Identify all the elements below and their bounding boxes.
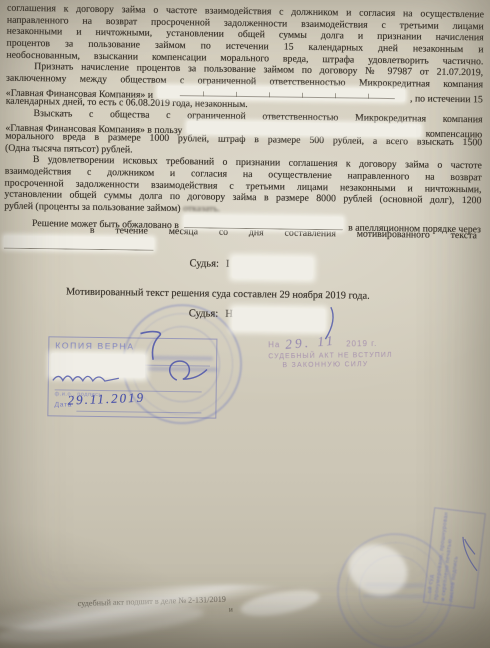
judge-label: Судья: bbox=[189, 308, 219, 319]
stamp-rule-line bbox=[76, 411, 201, 414]
judge-name-fragment: І bbox=[226, 259, 230, 270]
redaction-box bbox=[184, 215, 344, 230]
smudged-word: отказать. bbox=[183, 203, 220, 215]
document-sheet: соглашения к договору займа о частоте вз… bbox=[0, 0, 490, 648]
binder-stamp-wrap: …ой суд пронумеровано, прошнуровано и ск… bbox=[423, 507, 486, 608]
judge-line-1: Судья: І bbox=[189, 258, 229, 270]
case-note-fragment: и bbox=[229, 603, 278, 613]
seal-text-line bbox=[362, 594, 427, 599]
handwritten-date: 29.11.2019 bbox=[67, 390, 145, 409]
binder-stamp: …ой суд пронумеровано, прошнуровано и ск… bbox=[423, 507, 486, 608]
body-line-text: рублей (проценты за пользование займом) bbox=[4, 201, 181, 214]
stamp-year: 2019 г. bbox=[346, 339, 377, 348]
body-line-right: , по истечении 15 bbox=[410, 94, 483, 107]
not-in-force-line-3: В ЗАКОННУЮ СИЛУ bbox=[282, 360, 418, 369]
case-note-text: судебный акт подшит в деле № 2-131/2019 bbox=[77, 595, 226, 608]
redaction-box bbox=[233, 308, 325, 331]
decision-text-block: соглашения к договору займа о частоте вз… bbox=[4, 3, 484, 254]
seal-text-line bbox=[365, 583, 425, 588]
redaction-box bbox=[51, 353, 145, 377]
scanned-court-decision-photo: соглашения к договору займа о частоте вз… bbox=[0, 0, 490, 648]
copy-stamp-title: КОПИЯ ВЕРНА bbox=[55, 340, 216, 352]
redaction-box bbox=[4, 235, 154, 250]
not-in-force-line-2: СУДЕБНЫЙ АКТ НЕ ВСТУПИЛ bbox=[268, 351, 418, 360]
motivated-text-line: Мотивированный текст решения суда состав… bbox=[66, 287, 370, 302]
handwritten-day-month: 29. 11 bbox=[285, 333, 337, 353]
judge-line-2: Судья: Н bbox=[189, 308, 233, 320]
stamp-prefix: На bbox=[268, 340, 280, 349]
judge-label: Судья: bbox=[189, 258, 219, 269]
not-in-force-date-row: На 29. 11 2019 г. bbox=[268, 333, 418, 351]
redaction-box bbox=[232, 257, 312, 279]
case-file-note: судебный акт подшит в деле № 2-131/2019 … bbox=[77, 593, 277, 618]
seal-ring bbox=[358, 555, 431, 628]
not-in-force-stamp: На 29. 11 2019 г. СУДЕБНЫЙ АКТ НЕ ВСТУПИ… bbox=[268, 333, 418, 369]
